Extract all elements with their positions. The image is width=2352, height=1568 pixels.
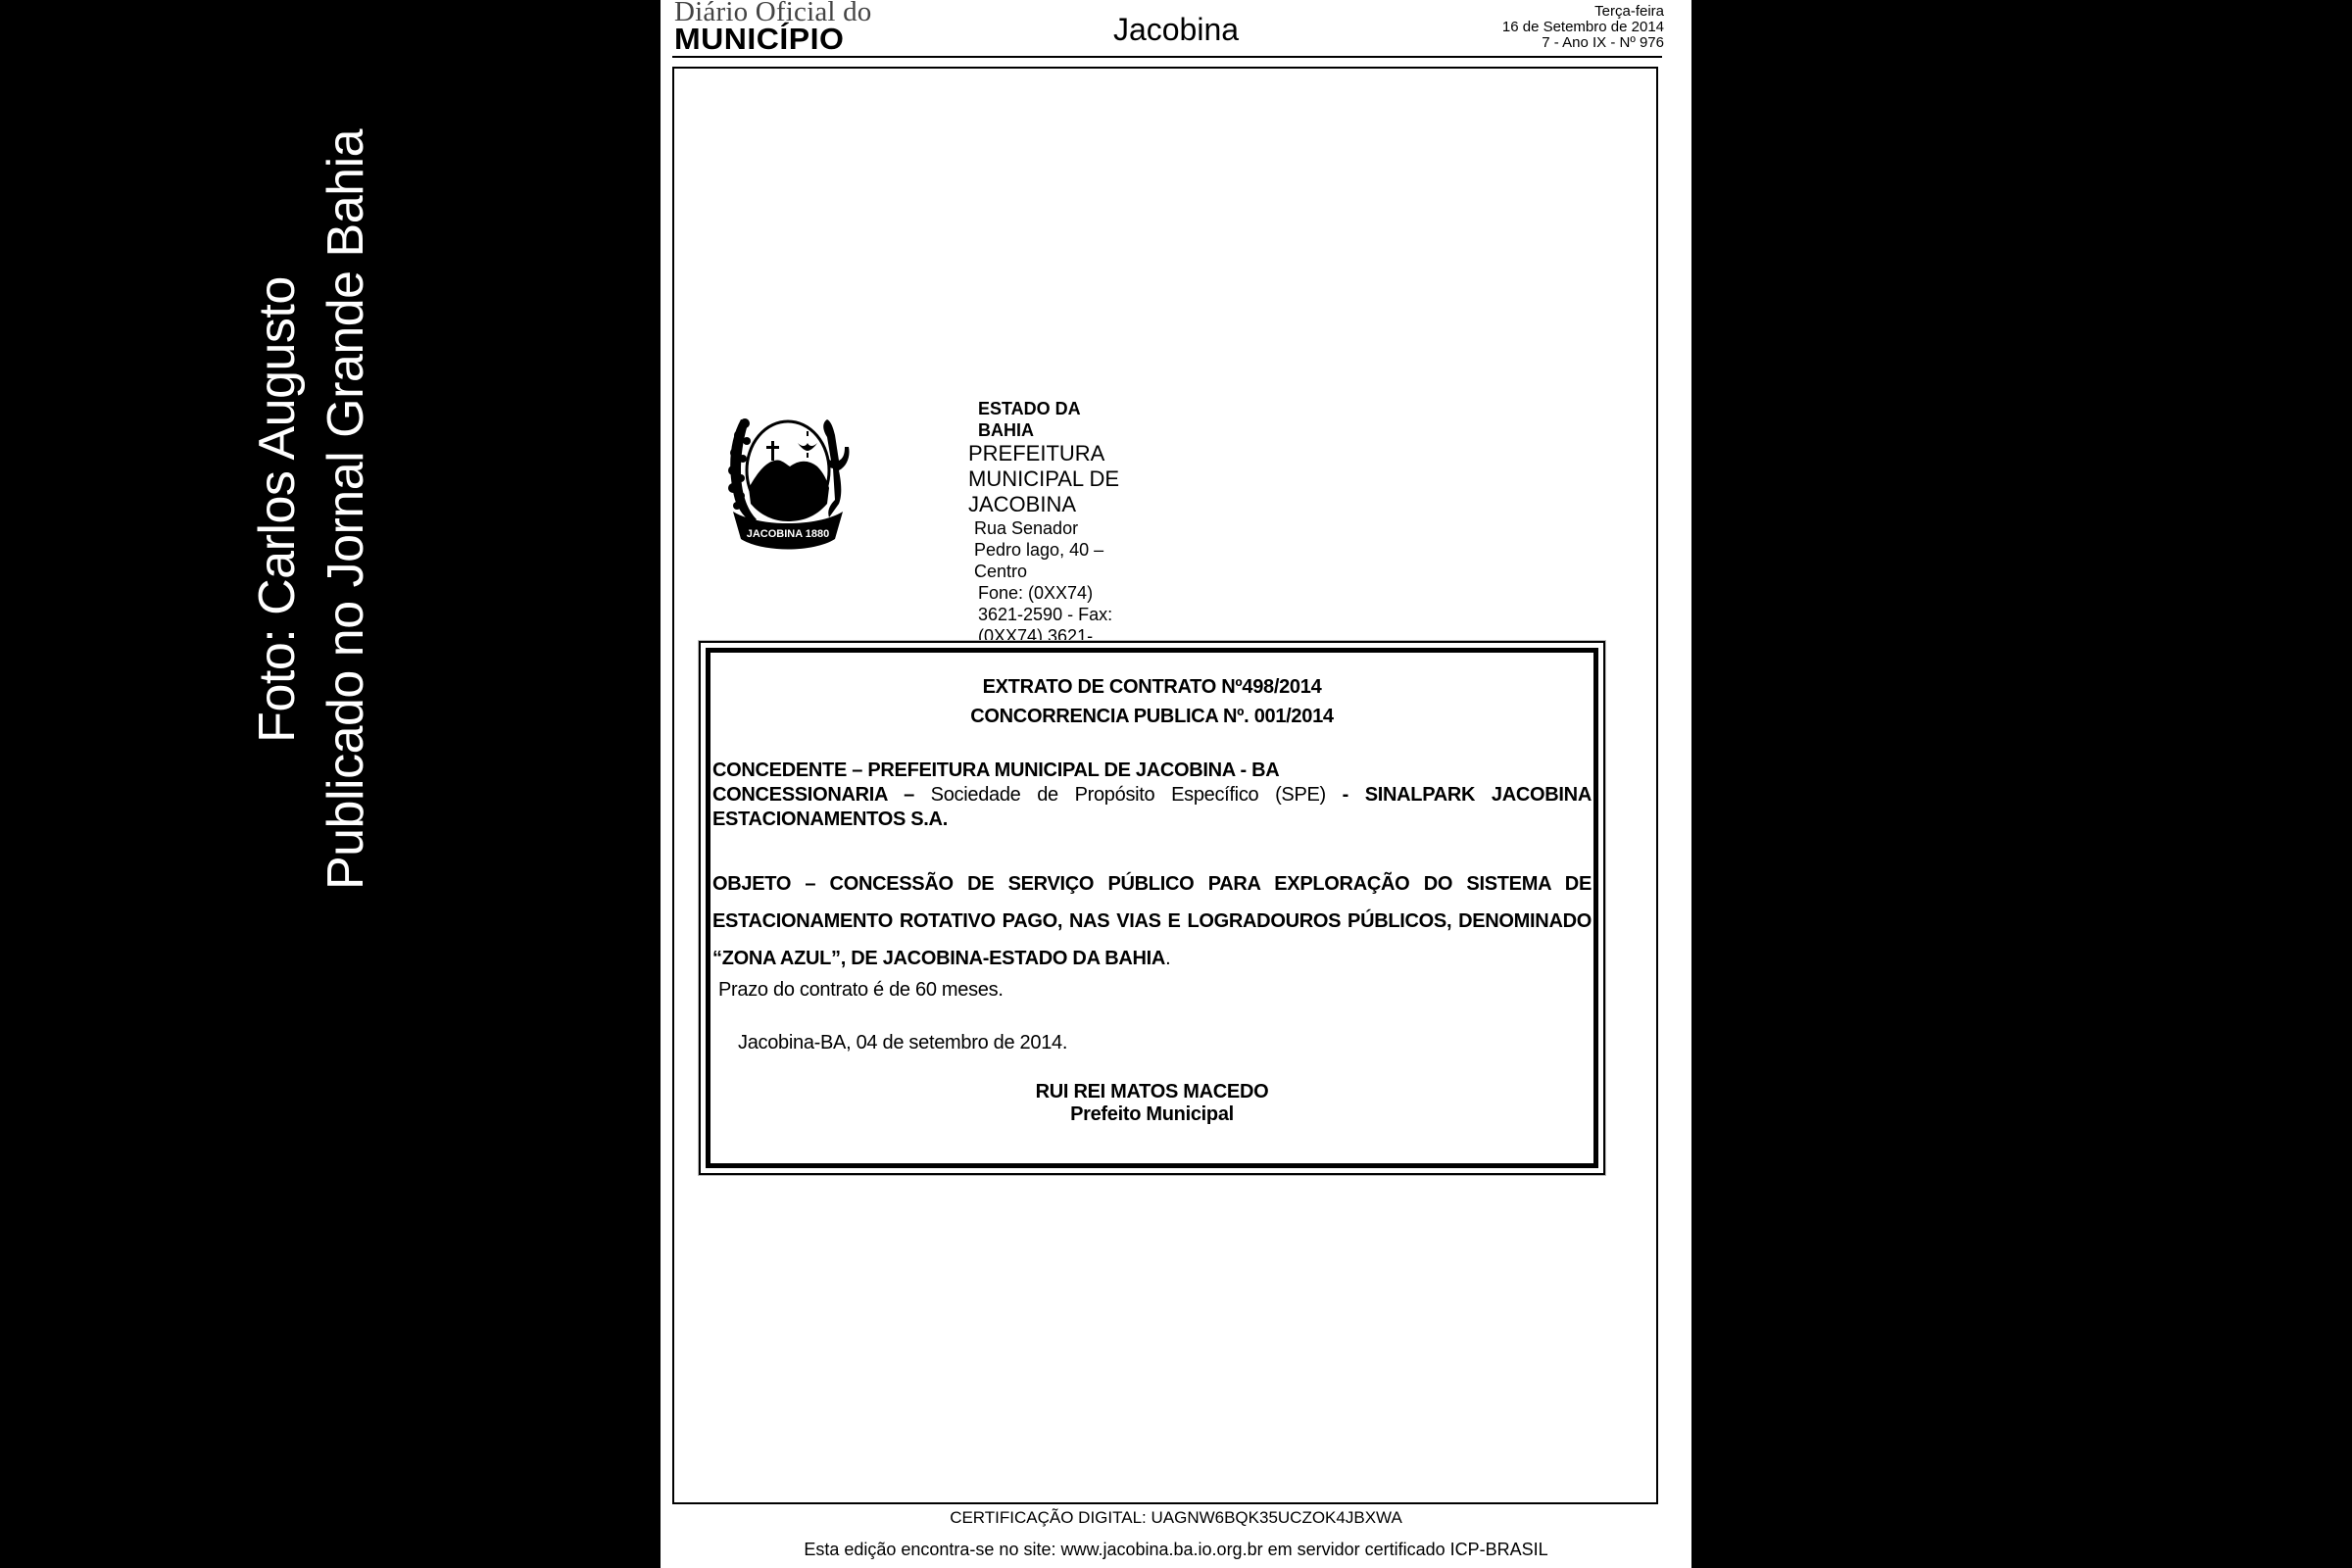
- contract-concedente: CONCEDENTE – PREFEITURA MUNICIPAL DE JAC…: [712, 759, 1592, 783]
- letterhead-state: ESTADO DA BAHIA: [978, 398, 1124, 441]
- letterhead-prefeitura: PREFEITURA MUNICIPAL DE JACOBINA: [968, 441, 1124, 517]
- signer-role: Prefeito Municipal: [712, 1103, 1592, 1126]
- coat-of-arms-icon: JACOBINA 1880: [719, 402, 857, 554]
- issue-weekday: Terça-feira: [1502, 4, 1664, 20]
- contract-term: Prazo do contrato é de 60 meses.: [718, 977, 1592, 1003]
- gazette-page: Diário Oficial do MUNICÍPIO Jacobina Ter…: [661, 0, 1691, 1568]
- digital-certification: CERTIFICAÇÃO DIGITAL: UAGNW6BQK35UCZOK4J…: [661, 1507, 1691, 1529]
- contract-extract-box: EXTRATO DE CONTRATO Nº498/2014 CONCORREN…: [699, 641, 1605, 1175]
- site-note: Esta edição encontra-se no site: www.jac…: [661, 1539, 1691, 1560]
- contract-title: EXTRATO DE CONTRATO Nº498/2014: [712, 672, 1592, 702]
- seal-banner-text: JACOBINA 1880: [747, 528, 830, 540]
- right-black-margin: [1691, 0, 2352, 1568]
- contract-concessionaria: CONCESSIONARIA – Sociedade de Propósito …: [712, 783, 1592, 832]
- photo-credit-panel: Foto: Carlos Augusto Publicado no Jornal…: [0, 0, 661, 1568]
- issue-number: 7 - Ano IX - Nº 976: [1502, 35, 1664, 51]
- contract-extract-content: EXTRATO DE CONTRATO Nº498/2014 CONCORREN…: [712, 672, 1592, 1126]
- concessionaria-label: CONCESSIONARIA –: [712, 784, 914, 806]
- issue-date: 16 de Setembro de 2014: [1502, 20, 1664, 35]
- photo-credit-source: Publicado no Jornal Grande Bahia: [312, 129, 380, 890]
- contract-place-date: Jacobina-BA, 04 de setembro de 2014.: [738, 1030, 1592, 1055]
- masthead-rule: [672, 56, 1662, 58]
- concessionaria-description: Sociedade de Propósito Específico (SPE): [931, 784, 1326, 806]
- photo-credit-author: Foto: Carlos Augusto: [243, 129, 312, 890]
- masthead-issue-info: Terça-feira 16 de Setembro de 2014 7 - A…: [1502, 4, 1664, 51]
- contract-objeto: OBJETO – CONCESSÃO DE SERVIÇO PÚBLICO PA…: [712, 865, 1592, 977]
- signer-name: RUI REI MATOS MACEDO: [712, 1081, 1592, 1103]
- photo-credit: Foto: Carlos Augusto Publicado no Jornal…: [243, 129, 380, 890]
- objeto-text: OBJETO – CONCESSÃO DE SERVIÇO PÚBLICO PA…: [712, 873, 1592, 969]
- contract-subtitle: CONCORRENCIA PUBLICA Nº. 001/2014: [712, 702, 1592, 731]
- letterhead-address: Rua Senador Pedro lago, 40 – Centro: [974, 517, 1124, 582]
